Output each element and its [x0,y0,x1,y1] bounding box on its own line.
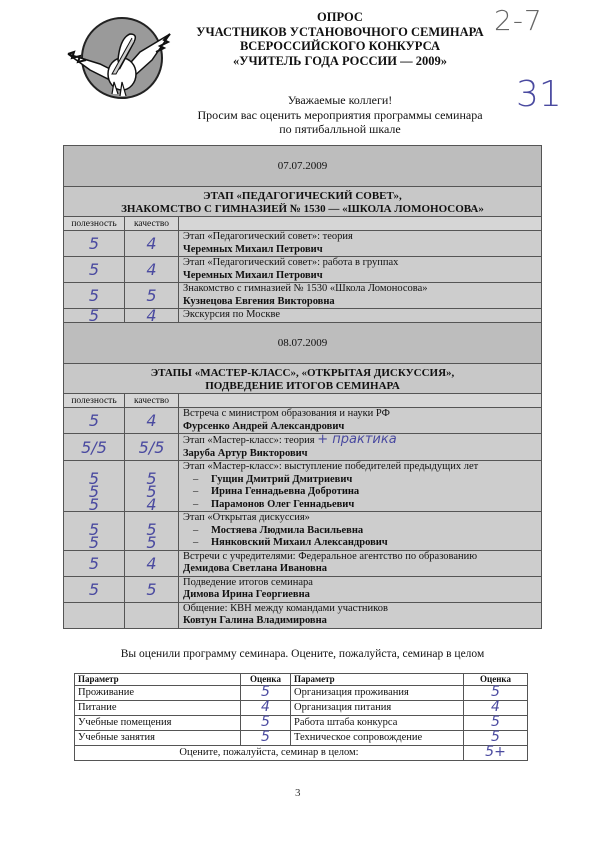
table-row: 5 4 Экскурсия по Москве [64,309,542,323]
column-quality: качество [125,217,179,231]
program-rating-table: 07.07.2009 ЭТАП «ПЕДАГОГИЧЕСКИЙ СОВЕТ»,З… [63,145,542,629]
handwritten-page-note: 31 [516,74,562,115]
column-quality: качество [125,394,179,408]
column-param: Параметр [75,674,241,686]
column-usefulness: полезность [64,217,125,231]
table-row: Учебные занятия 5 Техническое сопровожде… [75,731,528,746]
table-row: Учебные помещения 5 Работа штаба конкурс… [75,716,528,731]
table-row: 5 4 Встречи с учредителями: Федеральное … [64,550,542,576]
table-row: Проживание 5 Организация проживания 5 [75,686,528,701]
day-date: 07.07.2009 [64,146,542,187]
stage-heading: ЭТАП «ПЕДАГОГИЧЕСКИЙ СОВЕТ»,ЗНАКОМСТВО С… [64,187,542,217]
overall-row: Оцените, пожалуйста, семинар в целом: 5+ [75,746,528,761]
table-row: Питание 4 Организация питания 4 [75,701,528,716]
overall-label: Оцените, пожалуйста, семинар в целом: [75,746,464,761]
overall-rating-table: Параметр Оценка Параметр Оценка Проживан… [74,673,528,761]
day-date: 08.07.2009 [64,323,542,364]
column-param: Параметр [291,674,464,686]
summary-prompt: Вы оценили программу семинара. Оцените, … [70,648,535,660]
table-row: 5/5 5/5 Этап «Мастер-класс»: теория + пр… [64,434,542,461]
overall-score[interactable]: 5+ [464,746,528,761]
survey-intro: Уважаемые коллеги! Просим вас оценить ме… [170,93,510,137]
table-row: Общение: КВН между командами участниковК… [64,602,542,628]
page-number: 3 [295,787,301,799]
stage-heading: ЭТАПЫ «МАСТЕР-КЛАСС», «ОТКРЫТАЯ ДИСКУССИ… [64,364,542,394]
table-row: 5 5 5 5 5 4 Этап «Мастер-класс»: выступл… [64,461,542,512]
table-row: 5 4 Этап «Педагогический совет»: работа … [64,257,542,283]
pelican-logo-icon [60,8,172,104]
handwritten-addition: + практика [317,432,396,447]
table-row: 5 5 Подведение итогов семинараДимова Ири… [64,576,542,602]
column-usefulness: полезность [64,394,125,408]
table-row: 5 5 Знакомство с гимназией № 1530 «Школа… [64,283,542,309]
table-row: 5 5 5 5 Этап «Открытая дискуссия» Мостяе… [64,512,542,551]
table-row: 5 4 Этап «Педагогический совет»: теорияЧ… [64,231,542,257]
survey-title: ОПРОС УЧАСТНИКОВ УСТАНОВОЧНОГО СЕМИНАРА … [170,10,510,68]
table-row: 5 4 Встреча с министром образования и на… [64,408,542,434]
